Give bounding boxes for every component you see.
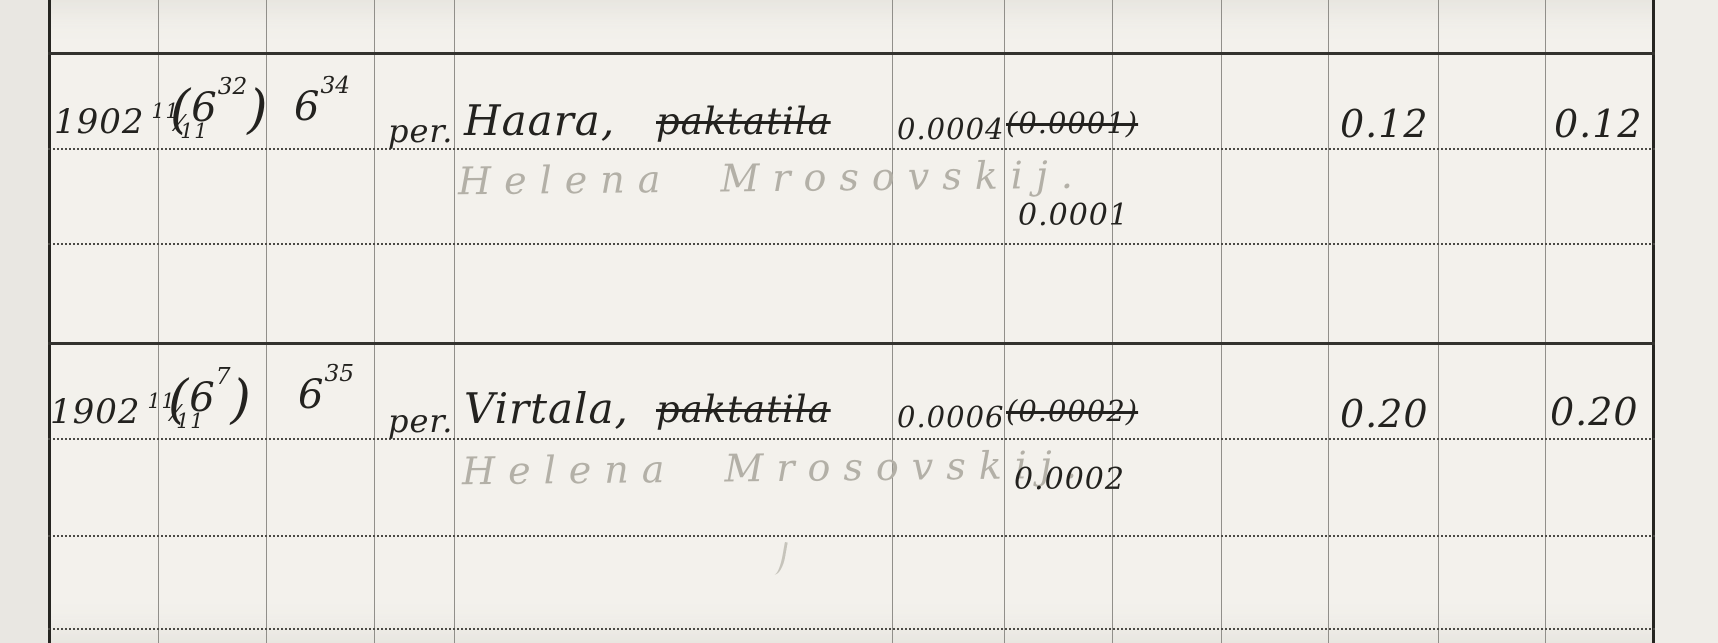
- column-divider: [1221, 0, 1222, 643]
- registration-number: (632): [170, 80, 269, 140]
- column-divider: [374, 0, 375, 643]
- open-paren: (: [168, 370, 189, 430]
- close-paren: ): [231, 370, 252, 430]
- registration-superscript: 32: [218, 73, 248, 100]
- dotted-rule: [48, 243, 1655, 245]
- per-label: per.: [388, 402, 453, 440]
- date-year: 1902: [50, 392, 141, 432]
- registration-base: 6: [191, 85, 217, 131]
- struck-amount: (0.0001): [1006, 106, 1138, 140]
- paper-margin-left: [0, 0, 48, 643]
- registration-number: (67): [168, 370, 252, 430]
- open-paren: (: [170, 80, 191, 140]
- table-left-border: [48, 0, 51, 643]
- corrected-amount: 0.0001: [1018, 198, 1129, 233]
- column-divider: [454, 0, 455, 643]
- column-divider: [1545, 0, 1546, 643]
- pencil-signature: Helena Mrosovskij.: [462, 443, 1090, 494]
- sender-name: Virtala,: [464, 384, 629, 433]
- row-separator-rule: [48, 342, 1655, 345]
- table-right-border: [1652, 0, 1655, 643]
- amount-value: 0.0006: [897, 400, 1004, 434]
- struck-word: paktatila: [656, 388, 831, 431]
- registration-superscript: 7: [216, 363, 231, 390]
- fee-value: 0.12: [1340, 102, 1429, 146]
- struck-amount: (0.0002): [1006, 394, 1138, 428]
- per-label: per.: [388, 112, 453, 150]
- close-paren: ): [247, 80, 268, 140]
- column-divider: [892, 0, 893, 643]
- dispatch-number: 635: [298, 372, 354, 418]
- fee-value: 0.12: [1554, 102, 1643, 146]
- struck-word: paktatila: [656, 100, 831, 143]
- column-divider: [1328, 0, 1329, 643]
- paper-margin-right: [1655, 0, 1718, 643]
- dispatch-number: 634: [294, 84, 350, 130]
- pencil-stray-mark: [769, 540, 788, 576]
- column-divider: [1438, 0, 1439, 643]
- ledger-scan-page: 190211⁄11 (632) 634 per. Haara, paktatil…: [0, 0, 1718, 643]
- dispatch-base: 6: [298, 372, 324, 418]
- fee-value: 0.20: [1550, 390, 1639, 434]
- dotted-rule: [48, 148, 1655, 150]
- dispatch-base: 6: [294, 84, 320, 130]
- sender-name: Haara,: [464, 96, 615, 145]
- column-divider: [1112, 0, 1113, 643]
- fee-value: 0.20: [1340, 392, 1429, 436]
- header-rule: [48, 52, 1655, 55]
- dotted-rule: [48, 438, 1655, 440]
- pencil-signature: Helena Mrosovskij.: [458, 153, 1086, 204]
- registration-base: 6: [189, 375, 215, 421]
- column-divider: [158, 0, 159, 643]
- dotted-rule: [48, 628, 1655, 630]
- date-year: 1902: [54, 102, 145, 142]
- dispatch-superscript: 34: [320, 72, 350, 99]
- corrected-amount: 0.0002: [1014, 462, 1125, 497]
- amount-value: 0.0004: [897, 112, 1004, 146]
- column-divider: [1004, 0, 1005, 643]
- dispatch-superscript: 35: [324, 360, 354, 387]
- dotted-rule: [48, 535, 1655, 537]
